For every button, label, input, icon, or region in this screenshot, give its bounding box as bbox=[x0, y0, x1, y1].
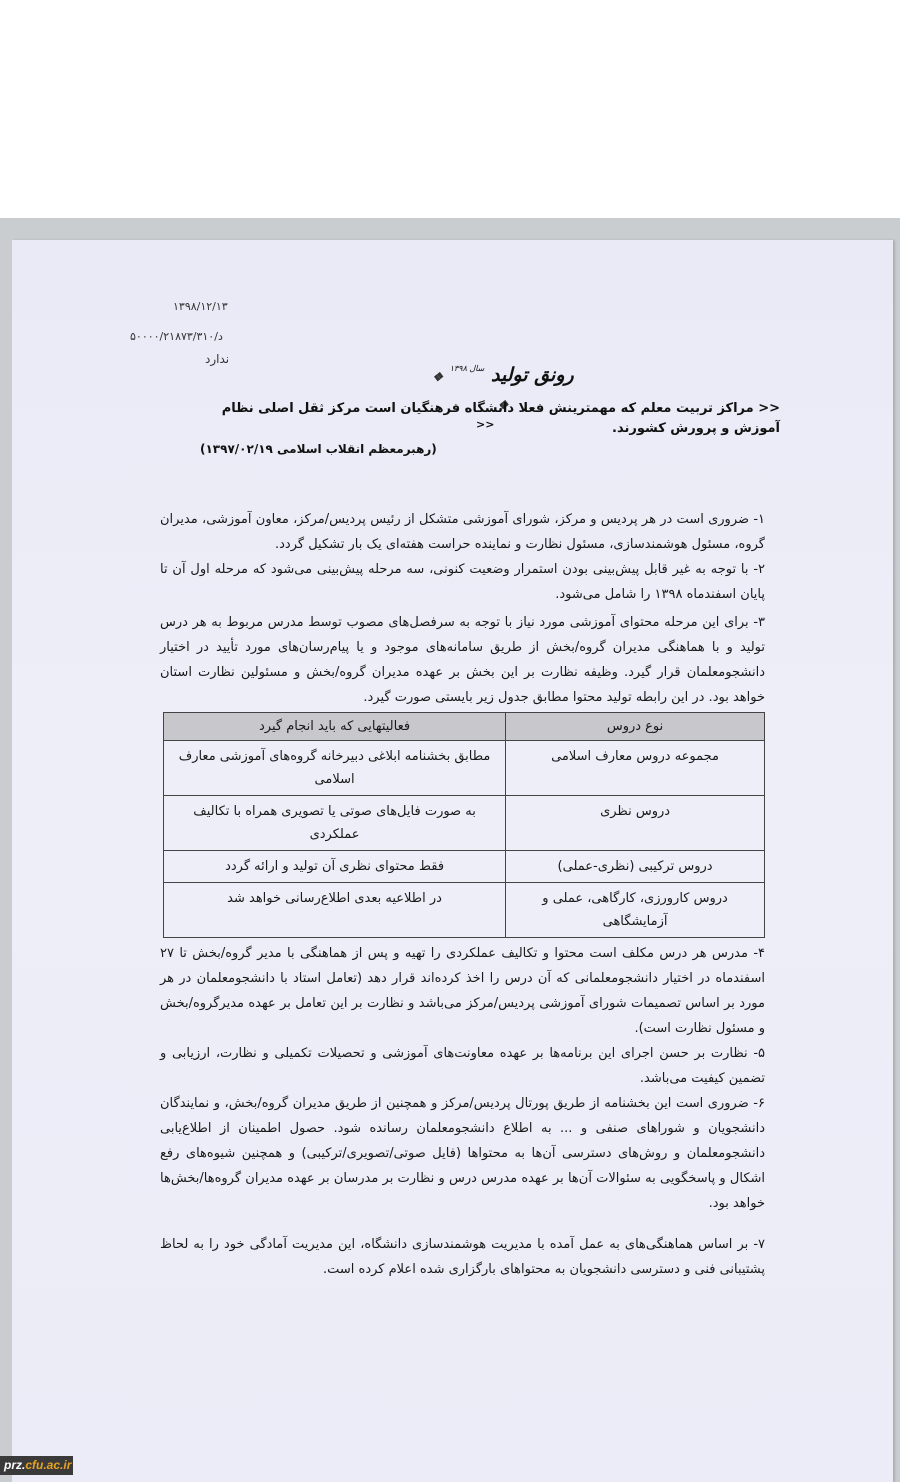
slogan-year: سال ۱۳۹۸ bbox=[450, 364, 485, 373]
content-production-table: نوع دروس فعالیتهایی که باید انجام گیرد م… bbox=[163, 712, 765, 938]
cell-activities: مطابق بخشنامه ابلاغی دبیرخانه گروه‌های آ… bbox=[164, 741, 506, 796]
letter-attachment: ندارد bbox=[205, 352, 229, 366]
table-row: مجموعه دروس معارف اسلامی مطابق بخشنامه ا… bbox=[164, 741, 765, 796]
table-row: دروس کارورزی، کارگاهی، عملی و آزمایشگاهی… bbox=[164, 883, 765, 938]
table-row: دروس ترکیبی (نظری-عملی) فقط محتوای نظری … bbox=[164, 851, 765, 883]
ornament-icon: ❖ bbox=[432, 370, 443, 384]
paragraph-5: ۵- نظارت بر حسن اجرای این برنامه‌ها بر ع… bbox=[160, 1041, 765, 1091]
paragraph-3-block: ۳- برای این مرحله محتوای آموزشی مورد نیا… bbox=[160, 610, 765, 710]
paragraphs-1-2: ۱- ضروری است در هر پردیس و مرکز، شورای آ… bbox=[160, 507, 765, 607]
cell-course-type: مجموعه دروس معارف اسلامی bbox=[506, 741, 765, 796]
slogan-text: رونق تولید bbox=[491, 364, 574, 386]
paragraph-7-block: ۷- بر اساس هماهنگی‌های به عمل آمده با مد… bbox=[160, 1232, 765, 1282]
cell-course-type: دروس کارورزی، کارگاهی، عملی و آزمایشگاهی bbox=[506, 883, 765, 938]
letter-number: ۵۰۰۰۰/۲۱۸۷۳/۳۱۰/د bbox=[130, 330, 223, 343]
paragraphs-4-6: ۴- مدرس هر درس مکلف است محتوا و تکالیف ع… bbox=[160, 941, 765, 1216]
table-header-row: نوع دروس فعالیتهایی که باید انجام گیرد bbox=[164, 713, 765, 741]
page-top-margin bbox=[0, 0, 900, 218]
paragraph-2: ۲- با توجه به غیر قابل پیش‌بینی بودن است… bbox=[160, 557, 765, 607]
paragraph-6: ۶- ضروری است این بخشنامه از طریق پورتال … bbox=[160, 1091, 765, 1216]
table-row: دروس نظری به صورت فایل‌های صوتی یا تصویر… bbox=[164, 796, 765, 851]
paragraph-3: ۳- برای این مرحله محتوای آموزشی مورد نیا… bbox=[160, 610, 765, 710]
cell-course-type: دروس نظری bbox=[506, 796, 765, 851]
paragraph-1: ۱- ضروری است در هر پردیس و مرکز، شورای آ… bbox=[160, 507, 765, 557]
quote-source: (رهبرمعظم انقلاب اسلامی ۱۳۹۷/۰۲/۱۹) bbox=[200, 442, 500, 456]
cell-course-type: دروس ترکیبی (نظری-عملی) bbox=[506, 851, 765, 883]
watermark-prefix: prz. bbox=[4, 1458, 25, 1472]
year-slogan-banner: ❖ رونق تولید سال ۱۳۹۸ ❖ bbox=[428, 362, 578, 388]
cell-activities: در اطلاعیه بعدی اطلاع‌رسانی خواهد شد bbox=[164, 883, 506, 938]
site-watermark: prz.cfu.ac.ir bbox=[0, 1456, 73, 1475]
header-course-type: نوع دروس bbox=[506, 713, 765, 741]
paragraph-4: ۴- مدرس هر درس مکلف است محتوا و تکالیف ع… bbox=[160, 941, 765, 1041]
header-activities: فعالیتهایی که باید انجام گیرد bbox=[164, 713, 506, 741]
cell-activities: به صورت فایل‌های صوتی یا تصویری همراه با… bbox=[164, 796, 506, 851]
letter-date: ۱۳۹۸/۱۲/۱۳ bbox=[173, 300, 228, 313]
quote-closing-mark: >> bbox=[476, 418, 494, 431]
paragraph-7: ۷- بر اساس هماهنگی‌های به عمل آمده با مد… bbox=[160, 1232, 765, 1282]
watermark-domain: cfu.ac.ir bbox=[25, 1458, 71, 1472]
cell-activities: فقط محتوای نظری آن تولید و ارائه گردد bbox=[164, 851, 506, 883]
